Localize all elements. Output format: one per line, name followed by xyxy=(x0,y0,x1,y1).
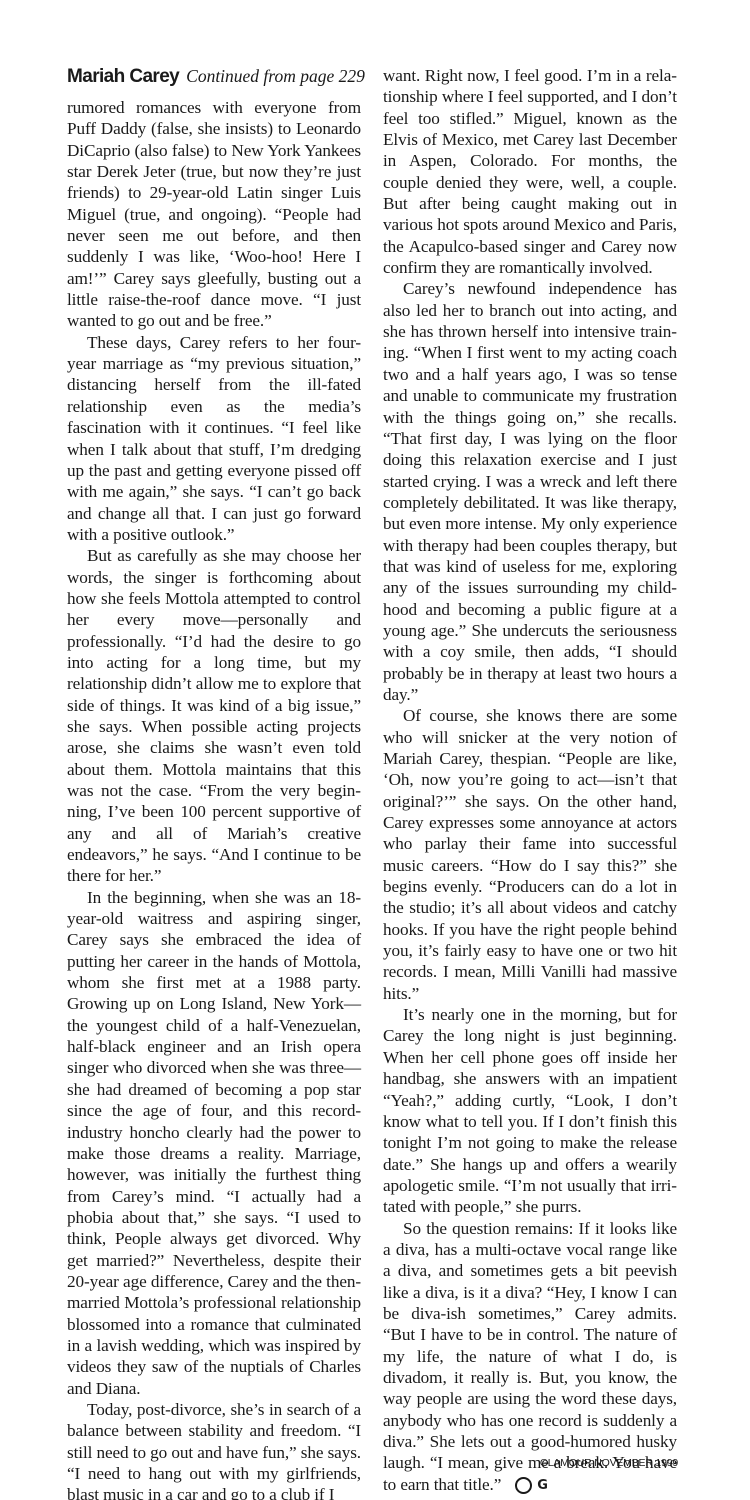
paragraph: It’s nearly one in the morning, but for … xyxy=(383,1004,677,1217)
left-column: rumored romances with everyone from Puff… xyxy=(67,97,361,1500)
article-header: Mariah Carey Continued from page 229 xyxy=(67,66,365,88)
paragraph: Carey’s newfound independence has also l… xyxy=(383,278,677,705)
continued-from-note: Continued from page 229 xyxy=(186,66,365,86)
paragraph: want. Right now, I feel good. I’m in a r… xyxy=(383,65,677,278)
paragraph-text: So the question remains: If it looks lik… xyxy=(383,1219,677,1494)
paragraph: These days, Carey refers to her four-yea… xyxy=(67,332,361,545)
end-mark-icon: G xyxy=(515,1477,532,1494)
paragraph: Today, post-divorce, she’s in search of … xyxy=(67,1399,361,1500)
paragraph: In the beginning, when she was an 18-yea… xyxy=(67,887,361,1399)
paragraph-last: So the question remains: If it looks lik… xyxy=(383,1218,677,1495)
page-folio: GLAMOUR NOVEMBER 1999 xyxy=(530,1457,678,1469)
right-column: want. Right now, I feel good. I’m in a r… xyxy=(383,65,677,1495)
paragraph: rumored romances with everyone from Puff… xyxy=(67,97,361,332)
article-title: Mariah Carey xyxy=(67,66,179,87)
paragraph: But as carefully as she may choose her w… xyxy=(67,545,361,887)
paragraph: Of course, she knows there are some who … xyxy=(383,705,677,1004)
